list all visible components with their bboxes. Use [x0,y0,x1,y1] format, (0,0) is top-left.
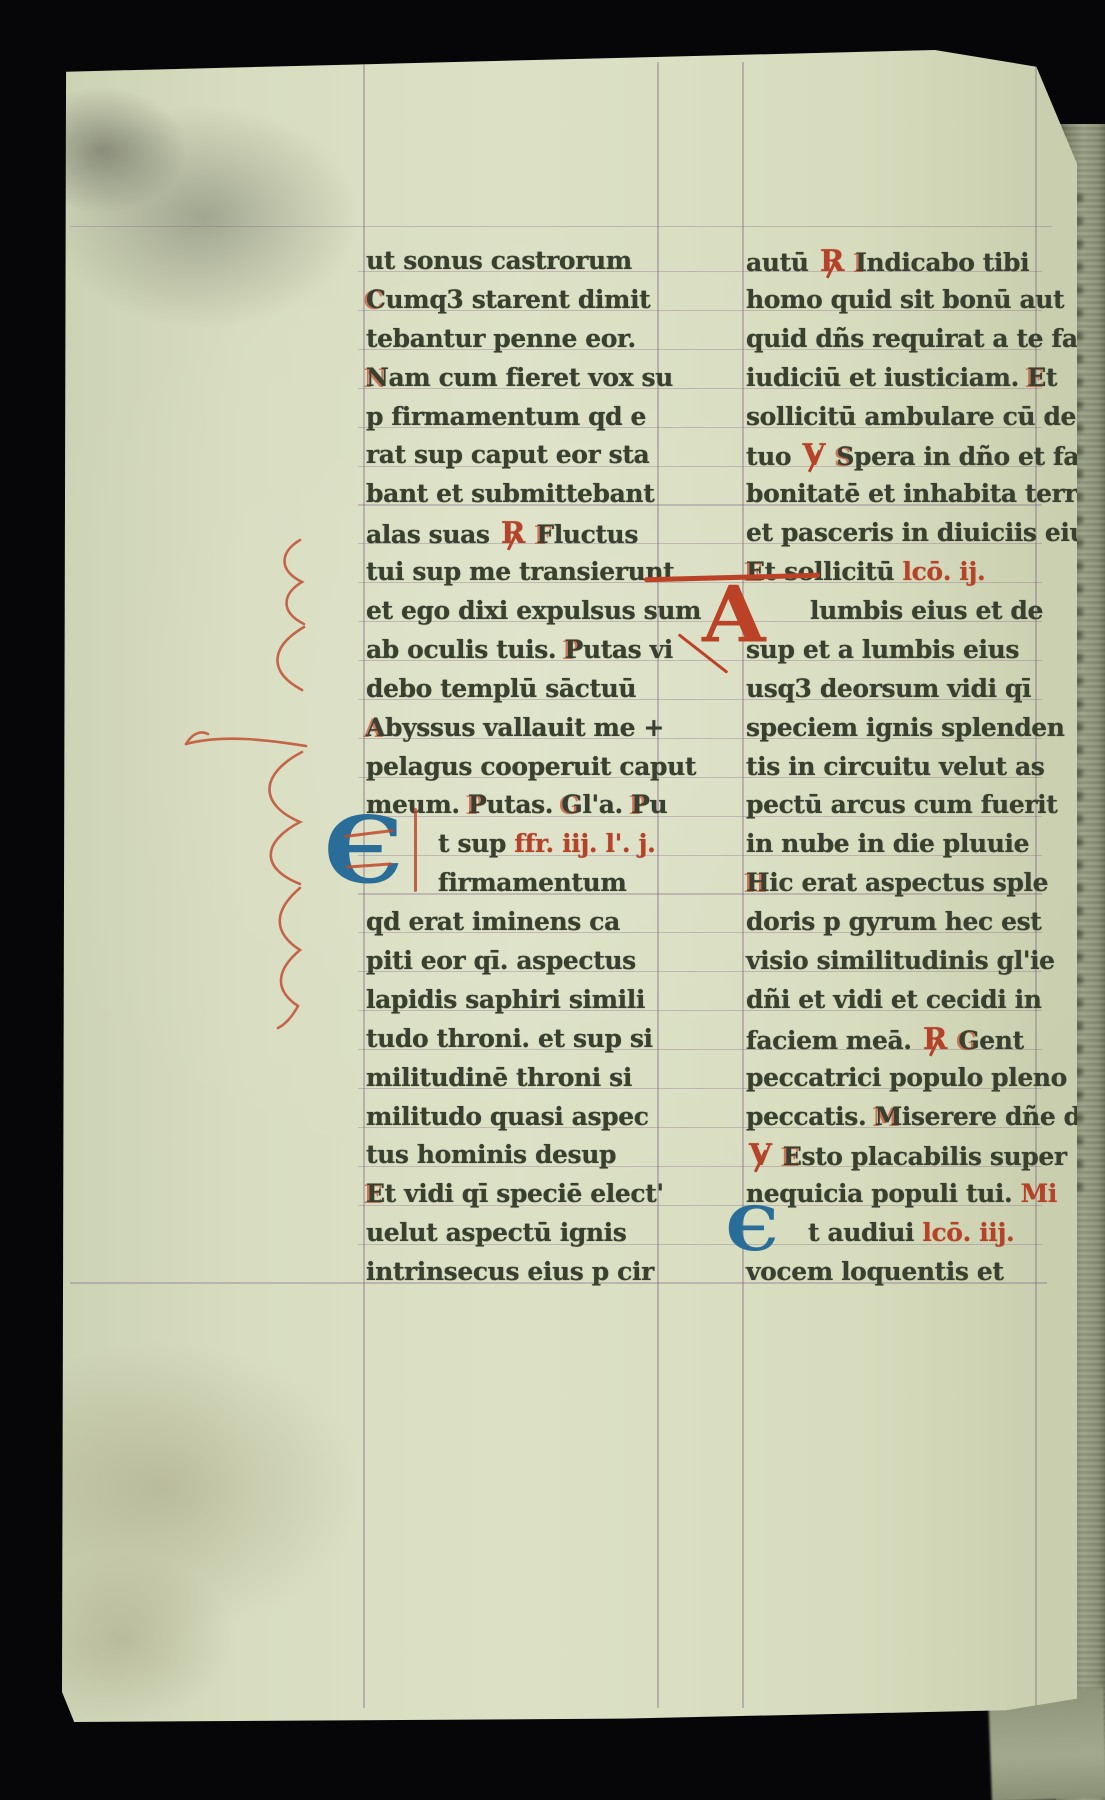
illuminated-initial-e-blue: Є [324,800,424,900]
ink-text: bant et submittebant [366,479,654,508]
ink-text: pera in dño et fac [854,442,1094,471]
rubric-text: ffr. iij. l'. j. [514,829,655,858]
ink-text: ic erat aspectus sple [769,868,1048,897]
touched-capital: A [366,713,385,742]
ink-text: ent [979,1026,1023,1055]
manuscript-line: Hic erat aspectus sple [746,864,1058,903]
touched-capital: P [468,790,486,819]
ink-text: doris p gyrum hec est [746,907,1041,936]
initial-letter: Є [324,804,424,896]
initial-letter: A [702,574,812,656]
manuscript-line: peccatrici populo pleno [746,1059,1058,1098]
manuscript-line: peccatis. Miserere dñe ds [746,1098,1058,1137]
rubric-text: Mi [1021,1179,1057,1208]
responsory-mark: R [920,1020,950,1059]
manuscript-line: rat sup caput eor sta [366,436,678,475]
manuscript-line: sollicitū ambulare cū deo [746,398,1058,437]
touched-capital: M [875,1102,902,1131]
ink-text: am cum fieret vox su [388,363,672,392]
manuscript-line: militudinē throni si [366,1059,678,1098]
ink-text: visio similitudinis gl'ie [746,946,1055,975]
page-leaf: Є A Є ut sonus castrorumCumq3 starent di… [62,50,1077,1722]
manuscript-line: tui sup me transierunt [366,553,678,592]
ink-text: p firmamentum qd e [366,402,646,431]
touched-capital: N [366,363,388,392]
rubric-text: lcō. ij. [903,557,986,586]
touched-capital: G [561,790,582,819]
ink-text: luctus [554,520,638,549]
ink-text: uelut aspectū ignis [366,1218,626,1247]
ink-text: intrinsecus eius p cir [366,1257,654,1286]
touched-capital: G [958,1026,979,1055]
touched-capital: E [366,1179,385,1208]
ink-text: t audiui [808,1218,922,1247]
manuscript-line: intrinsecus eius p cir [366,1253,678,1292]
ink-text: sollicitū ambulare cū deo [746,402,1092,431]
manuscript-line: p firmamentum qd e [366,398,678,437]
illuminated-initial-e2-blue: Є [726,1196,796,1266]
ink-text: tus hominis desup [366,1140,616,1169]
manuscript-line: tebantur penne eor. [366,320,678,359]
touched-capital: F [536,520,553,549]
ink-text: utas. [486,790,561,819]
ink-text: lumbis eius et de [810,596,1043,625]
manuscript-line: homo quid sit bonū aut [746,281,1058,320]
manuscript-line: Nam cum fieret vox su [366,359,678,398]
ink-text: ab oculis tuis. [366,635,565,664]
manuscript-line: tis in circuitu velut as [746,748,1058,787]
ink-text: peccatrici populo pleno [746,1063,1067,1092]
manuscript-line: qd erat iminens ca [366,903,678,942]
touched-capital: S [836,442,854,471]
ink-text: militudo quasi aspec [366,1102,649,1131]
manuscript-line: iudiciū et iusticiam. Et [746,359,1058,398]
ink-text: iserere dñe ds [902,1102,1095,1131]
touched-capital: C [366,285,386,314]
ink-text: alas suas [366,520,498,549]
touched-capital: E [1027,363,1046,392]
ink-text: firmamentum [438,868,626,897]
touched-capital: E [783,1142,802,1171]
ink-text: quid dñs requirat a te facē [746,324,1105,353]
ruling-line [70,226,1052,227]
ink-text: t [1046,363,1057,392]
manuscript-line: et ego dixi expulsus sum [366,592,678,631]
manuscript-line: ut sonus castrorum [366,242,678,281]
manuscript-line: tus hominis desup [366,1136,678,1175]
manuscript-line: piti eor qī. aspectus [366,942,678,981]
initial-letter: Є [726,1199,796,1260]
manuscript-line: et pasceris in diuiciis eius [746,514,1058,553]
manuscript-line: Et vidi qī speciē elect' [366,1175,678,1214]
manuscript-line: V Esto placabilis super [746,1136,1058,1175]
manuscript-line: debo templū sāctuū [366,670,678,709]
ink-text: tebantur penne eor. [366,324,636,353]
ink-text: in nube in die pluuie [746,829,1029,858]
manuscript-line: ab oculis tuis. Putas vi [366,631,678,670]
ink-text: ndicabo tibi [867,248,1030,277]
ink-text: piti eor qī. aspectus [366,946,636,975]
manuscript-line: quid dñs requirat a te facē [746,320,1058,359]
manuscript-line: speciem ignis splenden [746,709,1058,748]
ink-text: dñi et vidi et cecidi in [746,985,1041,1014]
ink-text: ut sonus castrorum [366,246,632,275]
ink-text: umq3 starent dimit [386,285,651,314]
ink-text: sto placabilis super [801,1142,1066,1171]
responsory-mark: R [498,514,528,553]
ink-text [775,1142,783,1171]
ink-text: l'a. [582,790,631,819]
ink-text: pelagus cooperuit caput [366,752,696,781]
manuscript-line: tuo V Spera in dño et fac [746,436,1058,475]
ink-text: pectū arcus cum fuerit [746,790,1057,819]
manuscript-line: tudo throni. et sup si [366,1020,678,1059]
manuscript-line: autū R Indicabo tibi [746,242,1058,281]
ink-text: tuo [746,442,800,471]
touched-capital: I [855,248,866,277]
manuscript-line: bant et submittebant [366,475,678,514]
ink-text: byssus vallauit me + [385,713,664,742]
ink-text: autū [746,248,817,277]
manuscript-line: pectū arcus cum fuerit [746,786,1058,825]
ink-text: debo templū sāctuū [366,674,636,703]
ink-text: homo quid sit bonū aut [746,285,1064,314]
ink-text: iudiciū et iusticiam. [746,363,1027,392]
ink-text: qd erat iminens ca [366,907,620,936]
photo-backdrop: Є A Є ut sonus castrorumCumq3 starent di… [0,0,1105,1800]
manuscript-line: bonitatē et inhabita terrā [746,475,1058,514]
illuminated-initial-a-red: A [702,572,812,672]
manuscript-line: dñi et vidi et cecidi in [746,981,1058,1020]
ruling-line [742,62,744,1708]
red-penwork-flourish [182,512,382,1052]
manuscript-line: uelut aspectū ignis [366,1214,678,1253]
ink-text: et pasceris in diuiciis eius [746,518,1101,547]
ink-text: et ego dixi expulsus sum [366,596,701,625]
versicle-mark: V [800,436,829,475]
manuscript-line: faciem meā. R Gent [746,1020,1058,1059]
ink-text: tudo throni. et sup si [366,1024,653,1053]
manuscript-line: usq3 deorsum vidi qī [746,670,1058,709]
manuscript-line: lapidis saphiri simili [366,981,678,1020]
versicle-mark: V [746,1136,775,1175]
responsory-mark: R [817,242,847,281]
manuscript-line: doris p gyrum hec est [746,903,1058,942]
manuscript-line: militudo quasi aspec [366,1098,678,1137]
ink-text: t sup [438,829,514,858]
ink-text: usq3 deorsum vidi qī [746,674,1031,703]
ink-text: speciem ignis splenden [746,713,1065,742]
manuscript-line: Abyssus vallauit me + [366,709,678,748]
touched-capital: P [631,790,649,819]
ink-text: utas vi [583,635,673,664]
ink-text: tis in circuitu velut as [746,752,1044,781]
manuscript-line: Cumq3 starent dimit [366,281,678,320]
touched-capital: P [565,635,583,664]
manuscript-line: visio similitudinis gl'ie [746,942,1058,981]
ink-text: faciem meā. [746,1026,920,1055]
ink-text: t vidi qī speciē elect' [385,1179,664,1208]
ink-text [847,248,855,277]
ink-text: bonitatē et inhabita terrā [746,479,1093,508]
ink-text: militudinē throni si [366,1063,632,1092]
manuscript-line: pelagus cooperuit caput [366,748,678,787]
column-left: ut sonus castrorumCumq3 starent dimitteb… [366,242,678,1292]
touched-capital: H [746,868,769,897]
ink-text: peccatis. [746,1102,875,1131]
initial-penwork-stroke [414,808,417,892]
column-right: autū R Indicabo tibihomo quid sit bonū a… [746,242,1058,1292]
ink-text: u [650,790,668,819]
manuscript-line: in nube in die pluuie [746,825,1058,864]
ink-text: lapidis saphiri simili [366,985,645,1014]
rubric-text: lcō. iij. [922,1218,1014,1247]
ink-text: rat sup caput eor sta [366,440,649,469]
ink-text: tui sup me transierunt [366,557,674,586]
manuscript-line: alas suas R Fluctus [366,514,678,553]
